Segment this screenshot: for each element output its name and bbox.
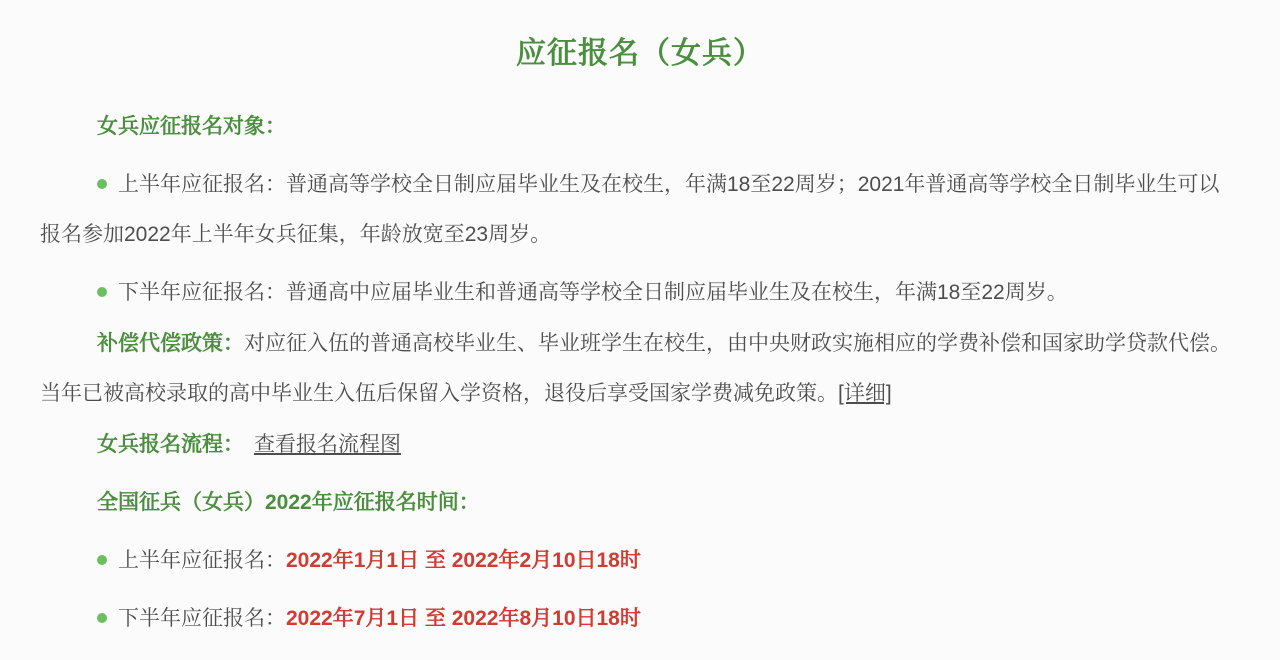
target-item-second-half: 下半年应征报名：普通高中应届毕业生和普通高等学校全日制应届毕业生及在校生，年满1… bbox=[40, 268, 1240, 318]
time-item-first-half: 上半年应征报名：2022年1月1日 至 2022年2月10日18时 bbox=[40, 536, 1240, 586]
page-title: 应征报名（女兵） bbox=[40, 28, 1240, 72]
time-item-date: 2022年7月1日 至 2022年8月10日18时 bbox=[286, 607, 641, 630]
time-heading-text: 全国征兵（女兵）2022年应征报名时间： bbox=[97, 491, 480, 514]
flow-label: 女兵报名流程： bbox=[97, 433, 244, 456]
target-item-text: 下半年应征报名：普通高中应届毕业生和普通高等学校全日制应届毕业生及在校生，年满1… bbox=[118, 281, 1068, 304]
bullet-icon bbox=[97, 613, 107, 623]
time-item-label: 下半年应征报名： bbox=[118, 607, 286, 630]
bullet-icon bbox=[97, 287, 107, 297]
target-heading-text: 女兵应征报名对象： bbox=[97, 115, 286, 138]
bullet-icon bbox=[97, 179, 107, 189]
target-item-first-half: 上半年应征报名：普通高等学校全日制应届毕业生及在校生，年满18至22周岁；202… bbox=[40, 160, 1240, 260]
time-item-label: 上半年应征报名： bbox=[118, 549, 286, 572]
time-item-second-half: 下半年应征报名：2022年7月1日 至 2022年8月10日18时 bbox=[40, 594, 1240, 644]
policy-paragraph: 补偿代偿政策：对应征入伍的普通高校毕业生、毕业班学生在校生，由中央财政实施相应的… bbox=[40, 319, 1240, 419]
policy-detail-link[interactable]: [详细] bbox=[838, 382, 892, 405]
flow-chart-link[interactable]: 查看报名流程图 bbox=[254, 433, 401, 456]
page-content: 应征报名（女兵） 女兵应征报名对象： 上半年应征报名：普通高等学校全日制应届毕业… bbox=[0, 0, 1280, 644]
time-item-date: 2022年1月1日 至 2022年2月10日18时 bbox=[286, 549, 641, 572]
section-heading-time: 全国征兵（女兵）2022年应征报名时间： bbox=[40, 478, 1240, 528]
target-item-text: 上半年应征报名：普通高等学校全日制应届毕业生及在校生，年满18至22周岁；202… bbox=[40, 173, 1219, 246]
section-heading-target: 女兵应征报名对象： bbox=[40, 102, 1240, 152]
bullet-icon bbox=[97, 555, 107, 565]
policy-label: 补偿代偿政策： bbox=[97, 332, 244, 355]
flow-row: 女兵报名流程：查看报名流程图 bbox=[40, 420, 1240, 470]
